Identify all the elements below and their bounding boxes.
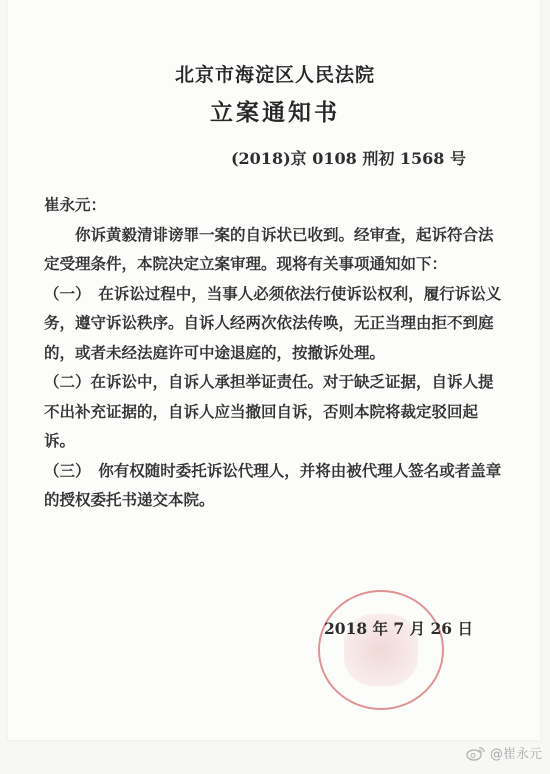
paragraph-item-3: （三） 你有权随时委托诉讼代理人，并将由被代理人签名或者盖章的授权委托书递交本院…: [44, 456, 504, 515]
paragraph-item-1: （一） 在诉讼过程中，当事人必须依法行使诉讼权利，履行诉讼义务，遵守诉讼秩序。自…: [44, 279, 504, 368]
issue-date: 2018 年 7 月 26 日: [324, 617, 473, 639]
case-number: (2018)京 0108 刑初 1568 号: [231, 146, 466, 169]
paragraph-intro: 你诉黄毅清诽谤罪一案的自诉状已收到。经审查，起诉符合法定受理条件，本院决定立案审…: [44, 220, 504, 279]
document-title: 立案通知书: [0, 94, 550, 127]
document-body: 崔永元： 你诉黄毅清诽谤罪一案的自诉状已收到。经审查，起诉符合法定受理条件，本院…: [44, 190, 504, 515]
addressee: 崔永元：: [44, 190, 504, 220]
paragraph-item-2: （二）在诉讼中，自诉人承担举证责任。对于缺乏证据，自诉人提不出补充证据的，自诉人…: [44, 367, 504, 456]
court-name: 北京市海淀区人民法院: [0, 60, 550, 87]
weibo-icon: [466, 745, 486, 761]
court-seal: [318, 590, 444, 710]
weibo-watermark: @崔永元: [466, 743, 542, 762]
watermark-text: @崔永元: [490, 743, 542, 762]
